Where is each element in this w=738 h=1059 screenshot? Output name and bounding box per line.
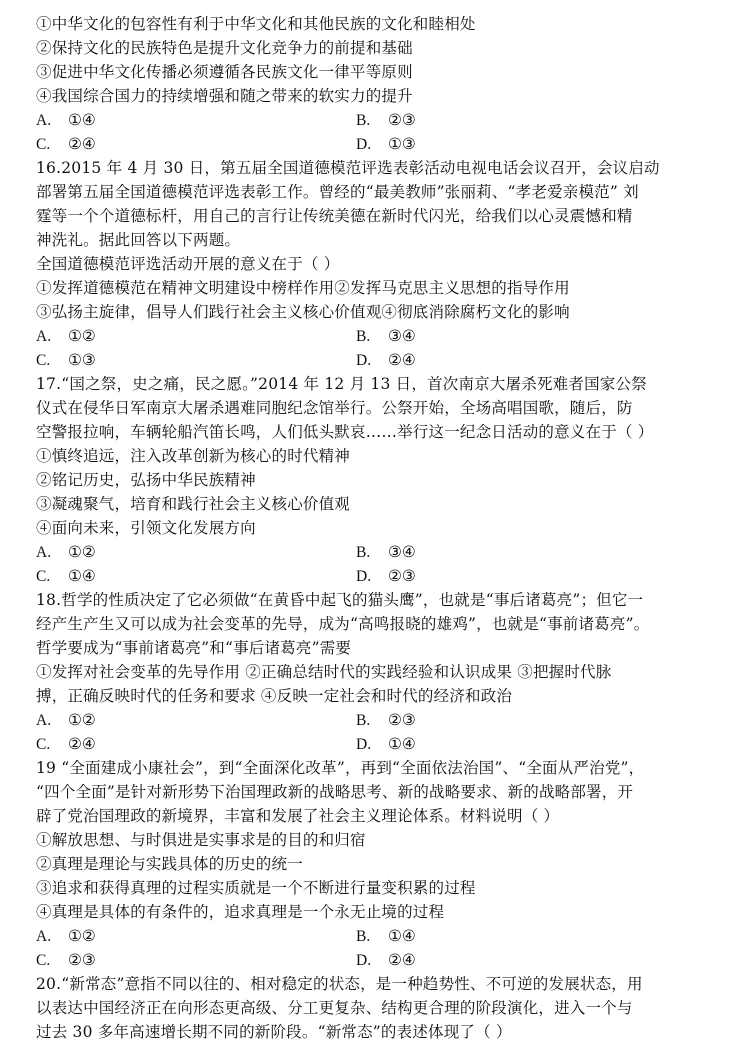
options-row: A.①② B.③④ xyxy=(36,540,676,564)
option-letter: B. xyxy=(356,541,388,565)
option-value: ②④ xyxy=(68,735,96,753)
statement: 搏，正确反映时代的任务和要求 ④反映一定社会和时代的经济和政治 xyxy=(36,684,676,708)
options-row: C.②③ D.②④ xyxy=(36,948,676,972)
question-stem: 20.“新常态”意指不同以往的、相对稳定的状态，是一种趋势性、不可逆的发展状态，… xyxy=(36,972,676,996)
option-letter: A. xyxy=(36,109,68,133)
options-row: C.②④ D.①④ xyxy=(36,732,676,756)
statement: ②保持文化的民族特色是提升文化竞争力的前提和基础 xyxy=(36,36,676,60)
options-row: A.①② B.③④ xyxy=(36,324,676,348)
option-d[interactable]: D.①③ xyxy=(356,132,676,156)
question-stem: “四个全面”是针对新形势下治国理政新的战略思考、新的战略要求、新的战略部署，开 xyxy=(36,780,676,804)
options-row: C.①④ D.②③ xyxy=(36,564,676,588)
option-c[interactable]: C.①④ xyxy=(36,564,356,588)
option-a[interactable]: A.①② xyxy=(36,708,356,732)
question-stem: 以表达中国经济正在向形态更高级、分工更复杂、结构更合理的阶段演化，进入一个与 xyxy=(36,996,676,1020)
question-19: 19 “全面建成小康社会”，到“全面深化改革”，再到“全面依法治国”、“全面从严… xyxy=(36,756,676,972)
option-value: ②③ xyxy=(68,951,96,969)
option-value: ②④ xyxy=(388,351,416,369)
question-stem: 霆等一个个道德标杆，用自己的言行让传统美德在新时代闪光，给我们以心灵震憾和精 xyxy=(36,204,676,228)
option-value: ③④ xyxy=(388,543,416,561)
option-value: ①④ xyxy=(68,111,96,129)
statement: ④我国综合国力的持续增强和随之带来的软实力的提升 xyxy=(36,84,676,108)
option-value: ②③ xyxy=(388,111,416,129)
option-a[interactable]: A.①④ xyxy=(36,108,356,132)
options-row: A.①④ B.②③ xyxy=(36,108,676,132)
option-letter: D. xyxy=(356,349,388,373)
option-letter: A. xyxy=(36,541,68,565)
option-letter: D. xyxy=(356,949,388,973)
option-value: ③④ xyxy=(388,327,416,345)
option-a[interactable]: A.①② xyxy=(36,324,356,348)
option-c[interactable]: C.②③ xyxy=(36,948,356,972)
option-a[interactable]: A.①② xyxy=(36,540,356,564)
option-letter: C. xyxy=(36,565,68,589)
statement: ③促进中华文化传播必须遵循各民族文化一律平等原则 xyxy=(36,60,676,84)
option-b[interactable]: B.①④ xyxy=(356,924,676,948)
option-value: ②④ xyxy=(68,135,96,153)
statement: ②铭记历史，弘扬中华民族精神 xyxy=(36,468,676,492)
question-stem: 空警报拉响，车辆轮船汽笛长鸣，人们低头默哀……举行这一纪念日活动的意义在于（ ） xyxy=(36,420,676,444)
options-row: C.①③ D.②④ xyxy=(36,348,676,372)
option-letter: C. xyxy=(36,349,68,373)
statement: ①发挥对社会变革的先导作用 ②正确总结时代的实践经验和认识成果 ③把握时代脉 xyxy=(36,660,676,684)
question-stem: 部署第五届全国道德模范评选表彰工作。曾经的“最美教师”张丽莉、“孝老爱亲模范” … xyxy=(36,180,676,204)
options-row: C.②④ D.①③ xyxy=(36,132,676,156)
option-b[interactable]: B.③④ xyxy=(356,540,676,564)
option-letter: B. xyxy=(356,325,388,349)
option-b[interactable]: B.②③ xyxy=(356,708,676,732)
option-value: ①④ xyxy=(388,735,416,753)
option-letter: C. xyxy=(36,949,68,973)
option-letter: D. xyxy=(356,565,388,589)
option-letter: A. xyxy=(36,709,68,733)
question-20: 20.“新常态”意指不同以往的、相对稳定的状态，是一种趋势性、不可逆的发展状态，… xyxy=(36,972,676,1044)
option-value: ①④ xyxy=(68,567,96,585)
question-18: 18.哲学的性质决定了它必须做“在黄昏中起飞的猫头鹰”，也就是“事后诸葛亮”；但… xyxy=(36,588,676,756)
question-stem: 过去 30 多年高速增长期不同的新阶段。“新常态”的表述体现了（ ） xyxy=(36,1020,676,1044)
option-b[interactable]: B.③④ xyxy=(356,324,676,348)
statement: ①中华文化的包容性有利于中华文化和其他民族的文化和睦相处 xyxy=(36,12,676,36)
question-stem: 18.哲学的性质决定了它必须做“在黄昏中起飞的猫头鹰”，也就是“事后诸葛亮”；但… xyxy=(36,588,676,612)
statement: ①慎终追远，注入改革创新为核心的时代精神 xyxy=(36,444,676,468)
option-letter: A. xyxy=(36,325,68,349)
question-16: 16.2015 年 4 月 30 日，第五届全国道德模范评选表彰活动电视电话会议… xyxy=(36,156,676,372)
statement: ④面向未来，引领文化发展方向 xyxy=(36,516,676,540)
question-stem: 16.2015 年 4 月 30 日，第五届全国道德模范评选表彰活动电视电话会议… xyxy=(36,156,676,180)
option-value: ①③ xyxy=(388,135,416,153)
option-d[interactable]: D.①④ xyxy=(356,732,676,756)
exam-page: ①中华文化的包容性有利于中华文化和其他民族的文化和睦相处 ②保持文化的民族特色是… xyxy=(36,12,676,1044)
options-row: A.①② B.②③ xyxy=(36,708,676,732)
question-stem: 17.“国之祭，史之痛，民之愿。”2014 年 12 月 13 日，首次南京大屠… xyxy=(36,372,676,396)
statement: ②真理是理论与实践具体的历史的统一 xyxy=(36,852,676,876)
question-stem: 经产生产生又可以成为社会变革的先导，成为“高鸣报晓的雄鸡”，也就是“事前诸葛亮”… xyxy=(36,612,676,636)
statement: ①解放思想、与时俱进是实事求是的目的和归宿 xyxy=(36,828,676,852)
option-letter: D. xyxy=(356,733,388,757)
statement: ①发挥道德模范在精神文明建设中榜样作用②发挥马克思主义思想的指导作用 xyxy=(36,276,676,300)
option-letter: C. xyxy=(36,733,68,757)
statement: ④真理是具体的有条件的，追求真理是一个永无止境的过程 xyxy=(36,900,676,924)
statement: ③弘扬主旋律，倡导人们践行社会主义核心价值观④彻底消除腐朽文化的影响 xyxy=(36,300,676,324)
option-b[interactable]: B.②③ xyxy=(356,108,676,132)
option-d[interactable]: D.②④ xyxy=(356,948,676,972)
statement: ③凝魂聚气，培育和践行社会主义核心价值观 xyxy=(36,492,676,516)
option-value: ①② xyxy=(68,327,96,345)
question-15-tail: ①中华文化的包容性有利于中华文化和其他民族的文化和睦相处 ②保持文化的民族特色是… xyxy=(36,12,676,156)
option-d[interactable]: D.②④ xyxy=(356,348,676,372)
option-a[interactable]: A.①② xyxy=(36,924,356,948)
option-value: ①② xyxy=(68,543,96,561)
option-letter: D. xyxy=(356,133,388,157)
option-letter: B. xyxy=(356,925,388,949)
option-value: ①② xyxy=(68,711,96,729)
option-value: ①③ xyxy=(68,351,96,369)
option-c[interactable]: C.②④ xyxy=(36,132,356,156)
option-letter: B. xyxy=(356,109,388,133)
question-17: 17.“国之祭，史之痛，民之愿。”2014 年 12 月 13 日，首次南京大屠… xyxy=(36,372,676,588)
option-letter: A. xyxy=(36,925,68,949)
option-letter: B. xyxy=(356,709,388,733)
option-value: ①④ xyxy=(388,927,416,945)
option-value: ②④ xyxy=(388,951,416,969)
statement: ③追求和获得真理的过程实质就是一个不断进行量变积累的过程 xyxy=(36,876,676,900)
question-stem: 神洗礼。据此回答以下两题。 xyxy=(36,228,676,252)
option-letter: C. xyxy=(36,133,68,157)
question-stem: 19 “全面建成小康社会”，到“全面深化改革”，再到“全面依法治国”、“全面从严… xyxy=(36,756,676,780)
question-stem: 哲学要成为“事前诸葛亮”和“事后诸葛亮”需要 xyxy=(36,636,676,660)
question-stem: 全国道德模范评选活动开展的意义在于（ ） xyxy=(36,252,676,276)
question-stem: 辟了党治国理政的新境界，丰富和发展了社会主义理论体系。材料说明（ ） xyxy=(36,804,676,828)
question-stem: 仪式在侵华日军南京大屠杀遇难同胞纪念馆举行。公祭开始，全场高唱国歌，随后，防 xyxy=(36,396,676,420)
option-value: ②③ xyxy=(388,567,416,585)
option-c[interactable]: C.①③ xyxy=(36,348,356,372)
option-value: ①② xyxy=(68,927,96,945)
options-row: A.①② B.①④ xyxy=(36,924,676,948)
option-c[interactable]: C.②④ xyxy=(36,732,356,756)
option-d[interactable]: D.②③ xyxy=(356,564,676,588)
option-value: ②③ xyxy=(388,711,416,729)
